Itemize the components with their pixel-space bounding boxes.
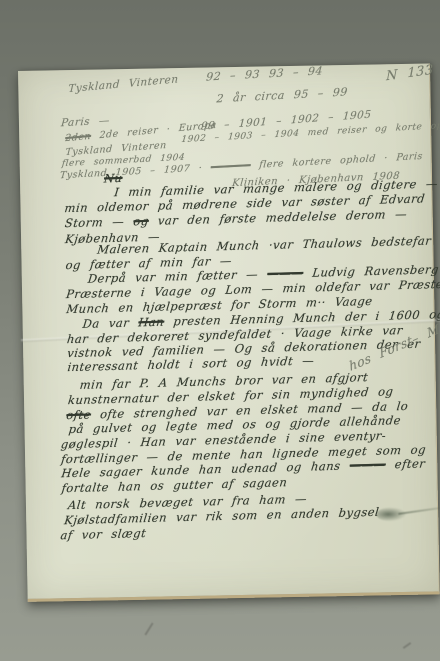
ink-line: Nu <box>103 173 123 185</box>
ink-line: af vor slægt <box>60 528 147 542</box>
manuscript-page: Tyskland Vinteren92 – 93 93 – 942 år cir… <box>18 63 440 601</box>
mat-scratch <box>403 642 412 649</box>
pencil-line: Tyskland Vinteren <box>68 74 179 94</box>
ink-line: interessant holdt i sort og hvidt — <box>67 355 315 373</box>
pencil-header-block: Tyskland Vinteren92 – 93 93 – 942 år cir… <box>18 63 429 71</box>
photo-mat: Tyskland Vinteren92 – 93 93 – 942 år cir… <box>0 0 440 661</box>
pencil-line: 2 år circa 95 – 99 <box>216 86 348 104</box>
pencil-line: 92 – 93 93 – 94 <box>206 65 324 82</box>
archive-number: N 133 <box>386 63 433 83</box>
pencil-line: Paris — <box>61 116 111 129</box>
mat-scratch <box>144 623 153 636</box>
